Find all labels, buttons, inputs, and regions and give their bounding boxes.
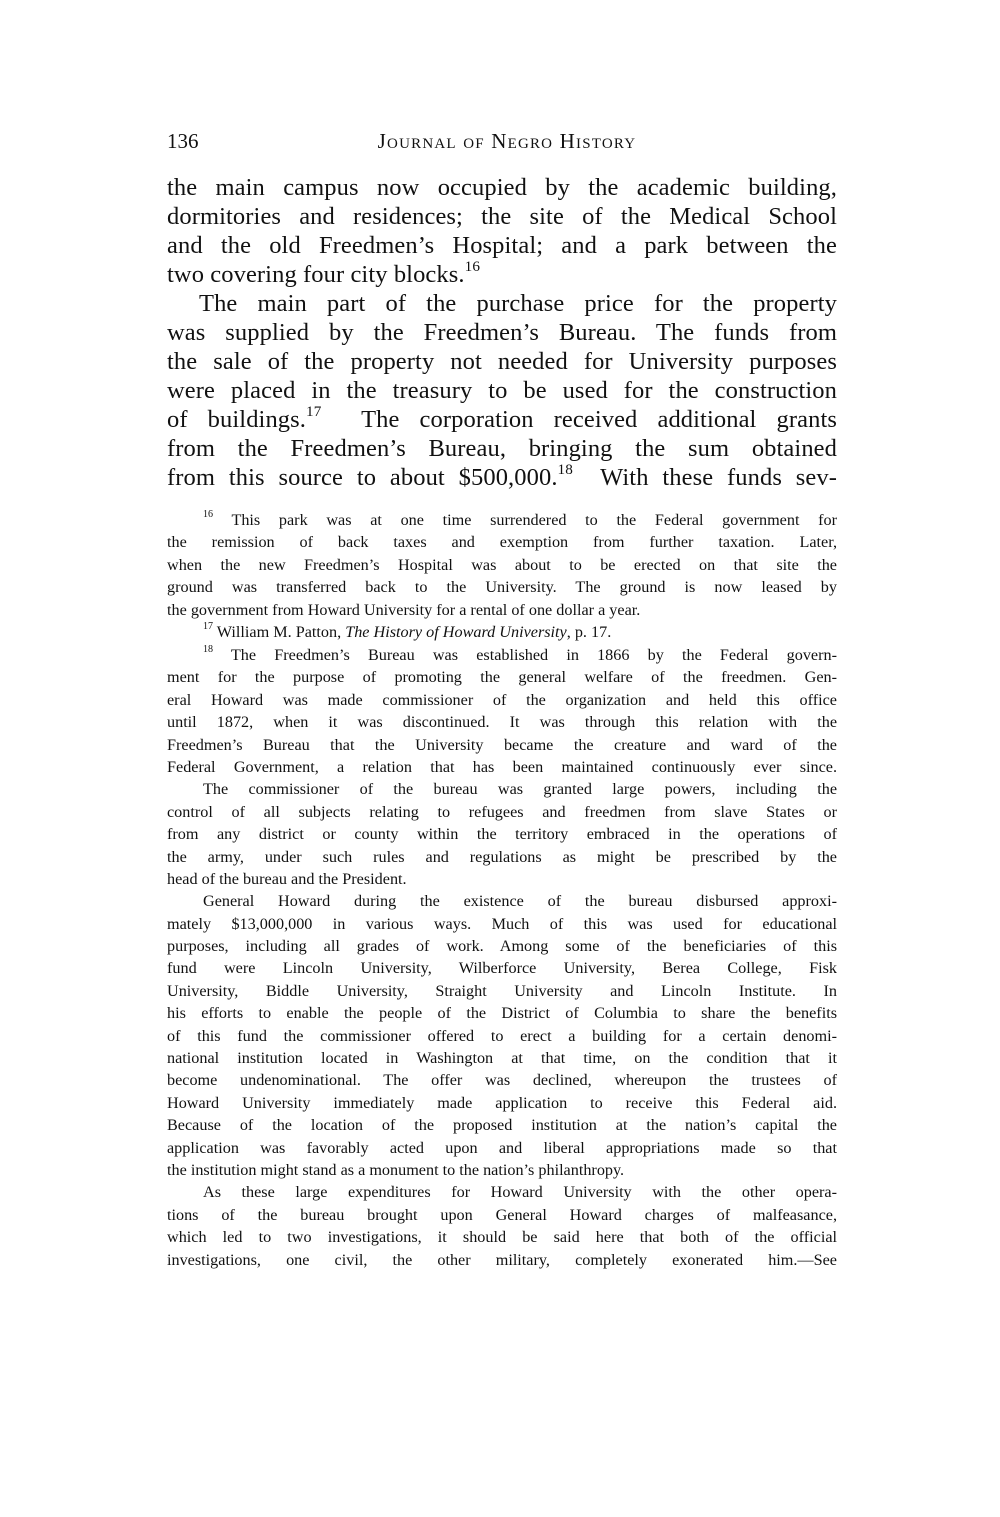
footnote-line: The commissioner of the bureau was grant… [167, 778, 837, 800]
book-title: The History of Howard University [345, 623, 567, 641]
footnote-line: tions of the bureau brought upon General… [167, 1204, 837, 1226]
footnote-line: General Howard during the existence of t… [167, 890, 837, 912]
footnote-line: mately $13,000,000 in various ways. Much… [167, 913, 837, 935]
text-line: The main part of the purchase price for … [167, 289, 837, 318]
footnote-line: fund were Lincoln University, Wilberforc… [167, 957, 837, 979]
running-head: 136 Journal of Negro History [167, 128, 837, 154]
footnote-line: 17 William M. Patton, The History of How… [167, 621, 837, 643]
footnote-line: which led to two investigations, it shou… [167, 1226, 837, 1248]
footnote-line: from any district or county within the t… [167, 823, 837, 845]
text-line: the sale of the property not needed for … [167, 347, 837, 376]
footnote-line: ment for the purpose of promoting the ge… [167, 666, 837, 688]
text-line: were placed in the treasury to be used f… [167, 376, 837, 405]
footnote-line: his efforts to enable the people of the … [167, 1002, 837, 1024]
footnote-line: head of the bureau and the President. [167, 868, 837, 890]
footnote-18: 18 The Freedmen’s Bureau was established… [167, 644, 837, 1271]
footnote-ref-18[interactable]: 18 [558, 461, 573, 478]
journal-title: Journal of Negro History [167, 128, 837, 154]
text-line: from this source to about $500,000.18 Wi… [167, 463, 837, 492]
footnote-line: control of all subjects relating to refu… [167, 801, 837, 823]
text-line: and the old Freedmen’s Hospital; and a p… [167, 231, 837, 260]
footnote-ref-16[interactable]: 16 [465, 258, 480, 275]
footnote-line: national institution located in Washingt… [167, 1047, 837, 1069]
footnote-number: 17 [203, 621, 213, 632]
footnote-line: University, Biddle University, Straight … [167, 980, 837, 1002]
footnote-line: until 1872, when it was discontinued. It… [167, 711, 837, 733]
footnote-line: Freedmen’s Bureau that the University be… [167, 734, 837, 756]
text-line: the main campus now occupied by the acad… [167, 173, 837, 202]
footnote-line: purposes, including all grades of work. … [167, 935, 837, 957]
main-text: the main campus now occupied by the acad… [167, 173, 837, 492]
footnote-number: 18 [203, 644, 213, 655]
footnote-line: As these large expenditures for Howard U… [167, 1181, 837, 1203]
footnote-line: eral Howard was made commissioner of the… [167, 689, 837, 711]
footnote-line: 18 The Freedmen’s Bureau was established… [167, 644, 837, 666]
text-line: of buildings.17 The corporation received… [167, 405, 837, 434]
footnote-17: 17 William M. Patton, The History of How… [167, 621, 837, 643]
footnote-line: Howard University immediately made appli… [167, 1092, 837, 1114]
footnote-16: 16 This park was at one time surrendered… [167, 509, 837, 621]
footnote-line: the remission of back taxes and exemptio… [167, 531, 837, 553]
footnote-line: ground was transferred back to the Unive… [167, 576, 837, 598]
footnote-line: when the new Freedmen’s Hospital was abo… [167, 554, 837, 576]
footnote-line: application was favorably acted upon and… [167, 1137, 837, 1159]
footnote-line: Federal Government, a relation that has … [167, 756, 837, 778]
footnote-line: investigations, one civil, the other mil… [167, 1249, 837, 1271]
footnote-line: the army, under such rules and regulatio… [167, 846, 837, 868]
footnote-line: 16 This park was at one time surrendered… [167, 509, 837, 531]
text-line: two covering four city blocks.16 [167, 260, 837, 289]
footnote-line: Because of the location of the proposed … [167, 1114, 837, 1136]
footnote-line: of this fund the commissioner offered to… [167, 1025, 837, 1047]
footnote-number: 16 [203, 509, 213, 520]
text-line: was supplied by the Freedmen’s Bureau. T… [167, 318, 837, 347]
text-line: from the Freedmen’s Bureau, bringing the… [167, 434, 837, 463]
footnote-line: become undenominational. The offer was d… [167, 1069, 837, 1091]
footnote-ref-17[interactable]: 17 [306, 403, 321, 420]
footnote-line: the institution might stand as a monumen… [167, 1159, 837, 1181]
text-line: dormitories and residences; the site of … [167, 202, 837, 231]
footnote-line: the government from Howard University fo… [167, 599, 837, 621]
